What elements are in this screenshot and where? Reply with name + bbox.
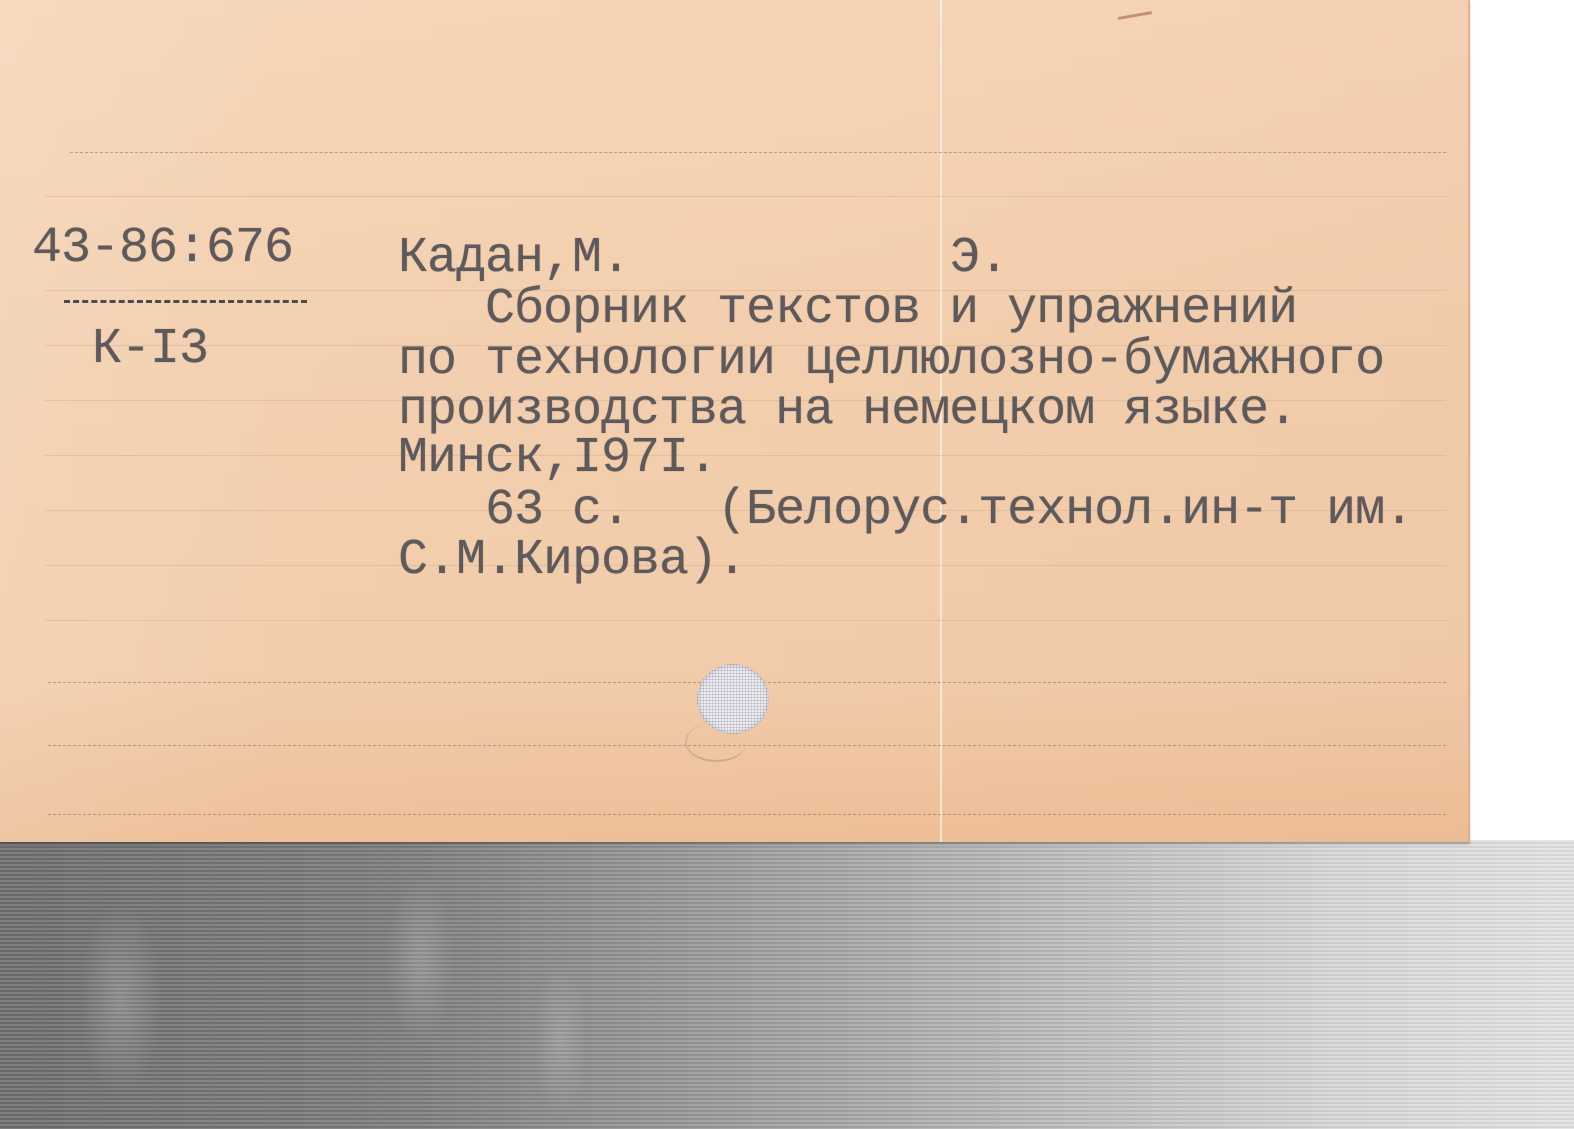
description-line: Сборник текстов и упражнений [398, 283, 1297, 337]
ruled-line [45, 620, 1446, 621]
description-line: по технологии целлюлозно-бумажного [398, 334, 1384, 388]
call-number: 43-86:676 [32, 222, 293, 276]
ruled-line [48, 814, 1446, 815]
series-note-line: С.М.Кирова). [398, 534, 746, 588]
author-initial: Э. [950, 232, 1008, 286]
ruled-line [70, 152, 1446, 153]
ruled-line [48, 745, 1446, 746]
pencil-mark [1118, 11, 1152, 20]
ruled-line [45, 455, 1446, 456]
author-name: Кадан,М. [398, 232, 630, 286]
call-number-divider [64, 300, 307, 303]
punch-hole-tear [685, 722, 747, 762]
collation-line: 63 с. (Белорус.технол.ин-т им. [398, 484, 1413, 538]
catalog-card: 43-86:676 К-I3 Кадан,М. Э. Сборник текст… [0, 0, 1470, 842]
ruled-line [45, 196, 1446, 197]
imprint-line: Минск,I97I. [398, 432, 717, 486]
scanner-background [0, 840, 1574, 1129]
shelf-mark: К-I3 [92, 323, 208, 377]
